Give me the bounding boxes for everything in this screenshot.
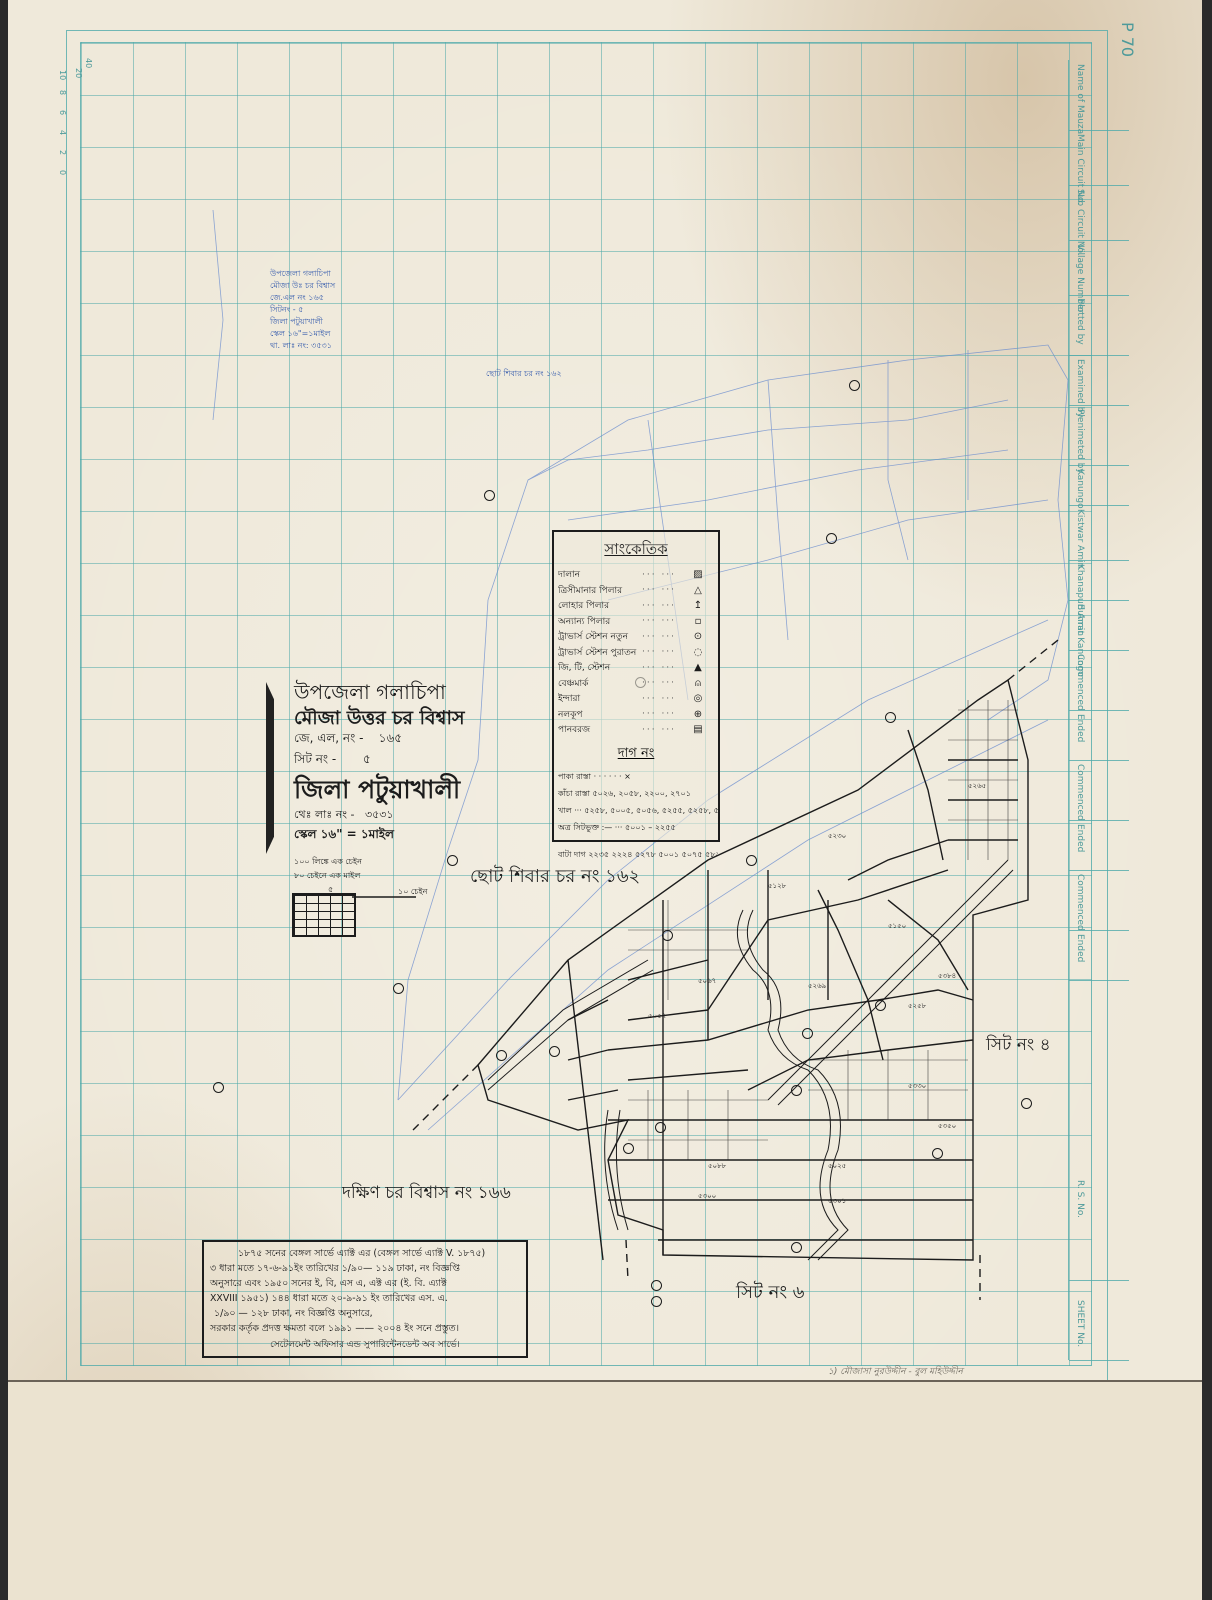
dag-row: অত্র সিটভুক্ত :— ··· ৫০০১ – ২২৫৫ [554,820,718,837]
dag-row: খাল ··· ৫২৫৮, ৫০০৫, ৫০৫৬, ৫২৫৫, ৫২৫৮, ৫২… [554,803,718,820]
dag-number-heading: দাগ নং [554,744,718,765]
legend-item: ত্রিসীমানার পিলার··· ···△ [554,583,718,599]
legend-item: জি, টি, স্টেশন··· ···▲ [554,660,718,676]
traverse-station-old-icon: ◌ [686,647,710,658]
legend-box: সাংকেতিক দালান··· ···▨ ত্রিসীমানার পিলার… [552,530,720,842]
legend-item: ট্রাভার্স স্টেশন পুরাতন··· ···◌ [554,645,718,661]
plot-number: ৫২৩০ [828,830,846,842]
building-icon: ▨ [686,569,710,580]
plot-number: ৫৩৮৪ [938,970,956,982]
benchmark-icon: ⍝ [686,678,710,689]
legend-item: অন্যান্য পিলার··· ···▫ [554,614,718,630]
legend-title: সাংকেতিক [554,538,718,563]
other-pillar-icon: ▫ [686,616,710,627]
tri-junction-pillar-icon: △ [686,585,710,596]
betel-garden-icon: ▤ [686,724,710,735]
neighbor-mouza-label: ছোট শিবার চর নং ১৬২ [470,862,640,893]
legend-item: ইন্দারা··· ···◎ [554,691,718,707]
traverse-station-new-icon: ⊙ [686,631,710,642]
legend-item: নলকূপ··· ···⊕ [554,707,718,723]
legend-item: দালান··· ···▨ [554,567,718,583]
paper-bottom-margin [8,1380,1202,1600]
tubewell-icon: ⊕ [686,709,710,720]
plot-number: ৫৩০০ [698,1190,716,1202]
plot-number: ৫০৮৮ [708,1160,726,1172]
gt-station-icon: ▲ [686,662,710,673]
map-sheet: P 70 Name of Mauza Main Circuit No. Sub … [8,0,1202,1600]
officer-signature-line: সেটেলমেন্ট অফিসার এন্ড সুপারিন্টেনডেন্ট … [204,1337,526,1352]
dag-row: পাকা রাস্তা · · · · · · × [554,769,718,786]
legend-item: লোহার পিলার··· ···↥ [554,598,718,614]
dag-row: কাঁচা রাস্তা ৫০২৬, ২০৫৮, ২২০০, ২৭০১ [554,786,718,803]
legal-notice-box: ১৮৭৫ সনের বেঙ্গল সার্ভে এ্যাক্ট এর (বেঙ্… [202,1240,528,1358]
plot-number: ৫৩৫০ [938,1120,956,1132]
neighbor-mouza-label: দক্ষিণ চর বিশ্বাস নং ১৬৬ [342,1180,511,1208]
plot-number: ৫০৫৭ [648,1010,666,1022]
adjacent-sheet-label: সিট নং ৪ [986,1032,1051,1060]
plot-number: ৫২৬৯ [808,980,826,992]
plot-number: ৫১৫০ [888,920,906,932]
legend-item: ট্রাভার্স স্টেশন নতুন··· ···⊙ [554,629,718,645]
well-icon: ◎ [686,693,710,704]
plot-number: ৫২৫৮ [908,1000,926,1012]
legend-item: পানবরজ··· ···▤ [554,722,718,738]
legend-item: বেঞ্চমার্ক··· ···⍝ [554,676,718,692]
plot-number: ৫১২৮ [768,880,786,892]
iron-pillar-icon: ↥ [686,600,710,611]
plot-number: ৫৩৩০ [908,1080,926,1092]
plot-number: ৫০২৫ [828,1160,846,1172]
adjacent-sheet-label: সিট নং ৬ [736,1278,805,1309]
plot-number: ৫২৬৫ [968,780,986,792]
dag-row: বাটা দাগ ২২৩৫ ২২২৪ ৫২৭৮ ৫০০১ ৫০৭৫ ৫৮২৫ [554,847,718,864]
plot-number: ৫০৬৭ [698,975,716,987]
plot-number: ৫৩০১ [828,1195,846,1207]
